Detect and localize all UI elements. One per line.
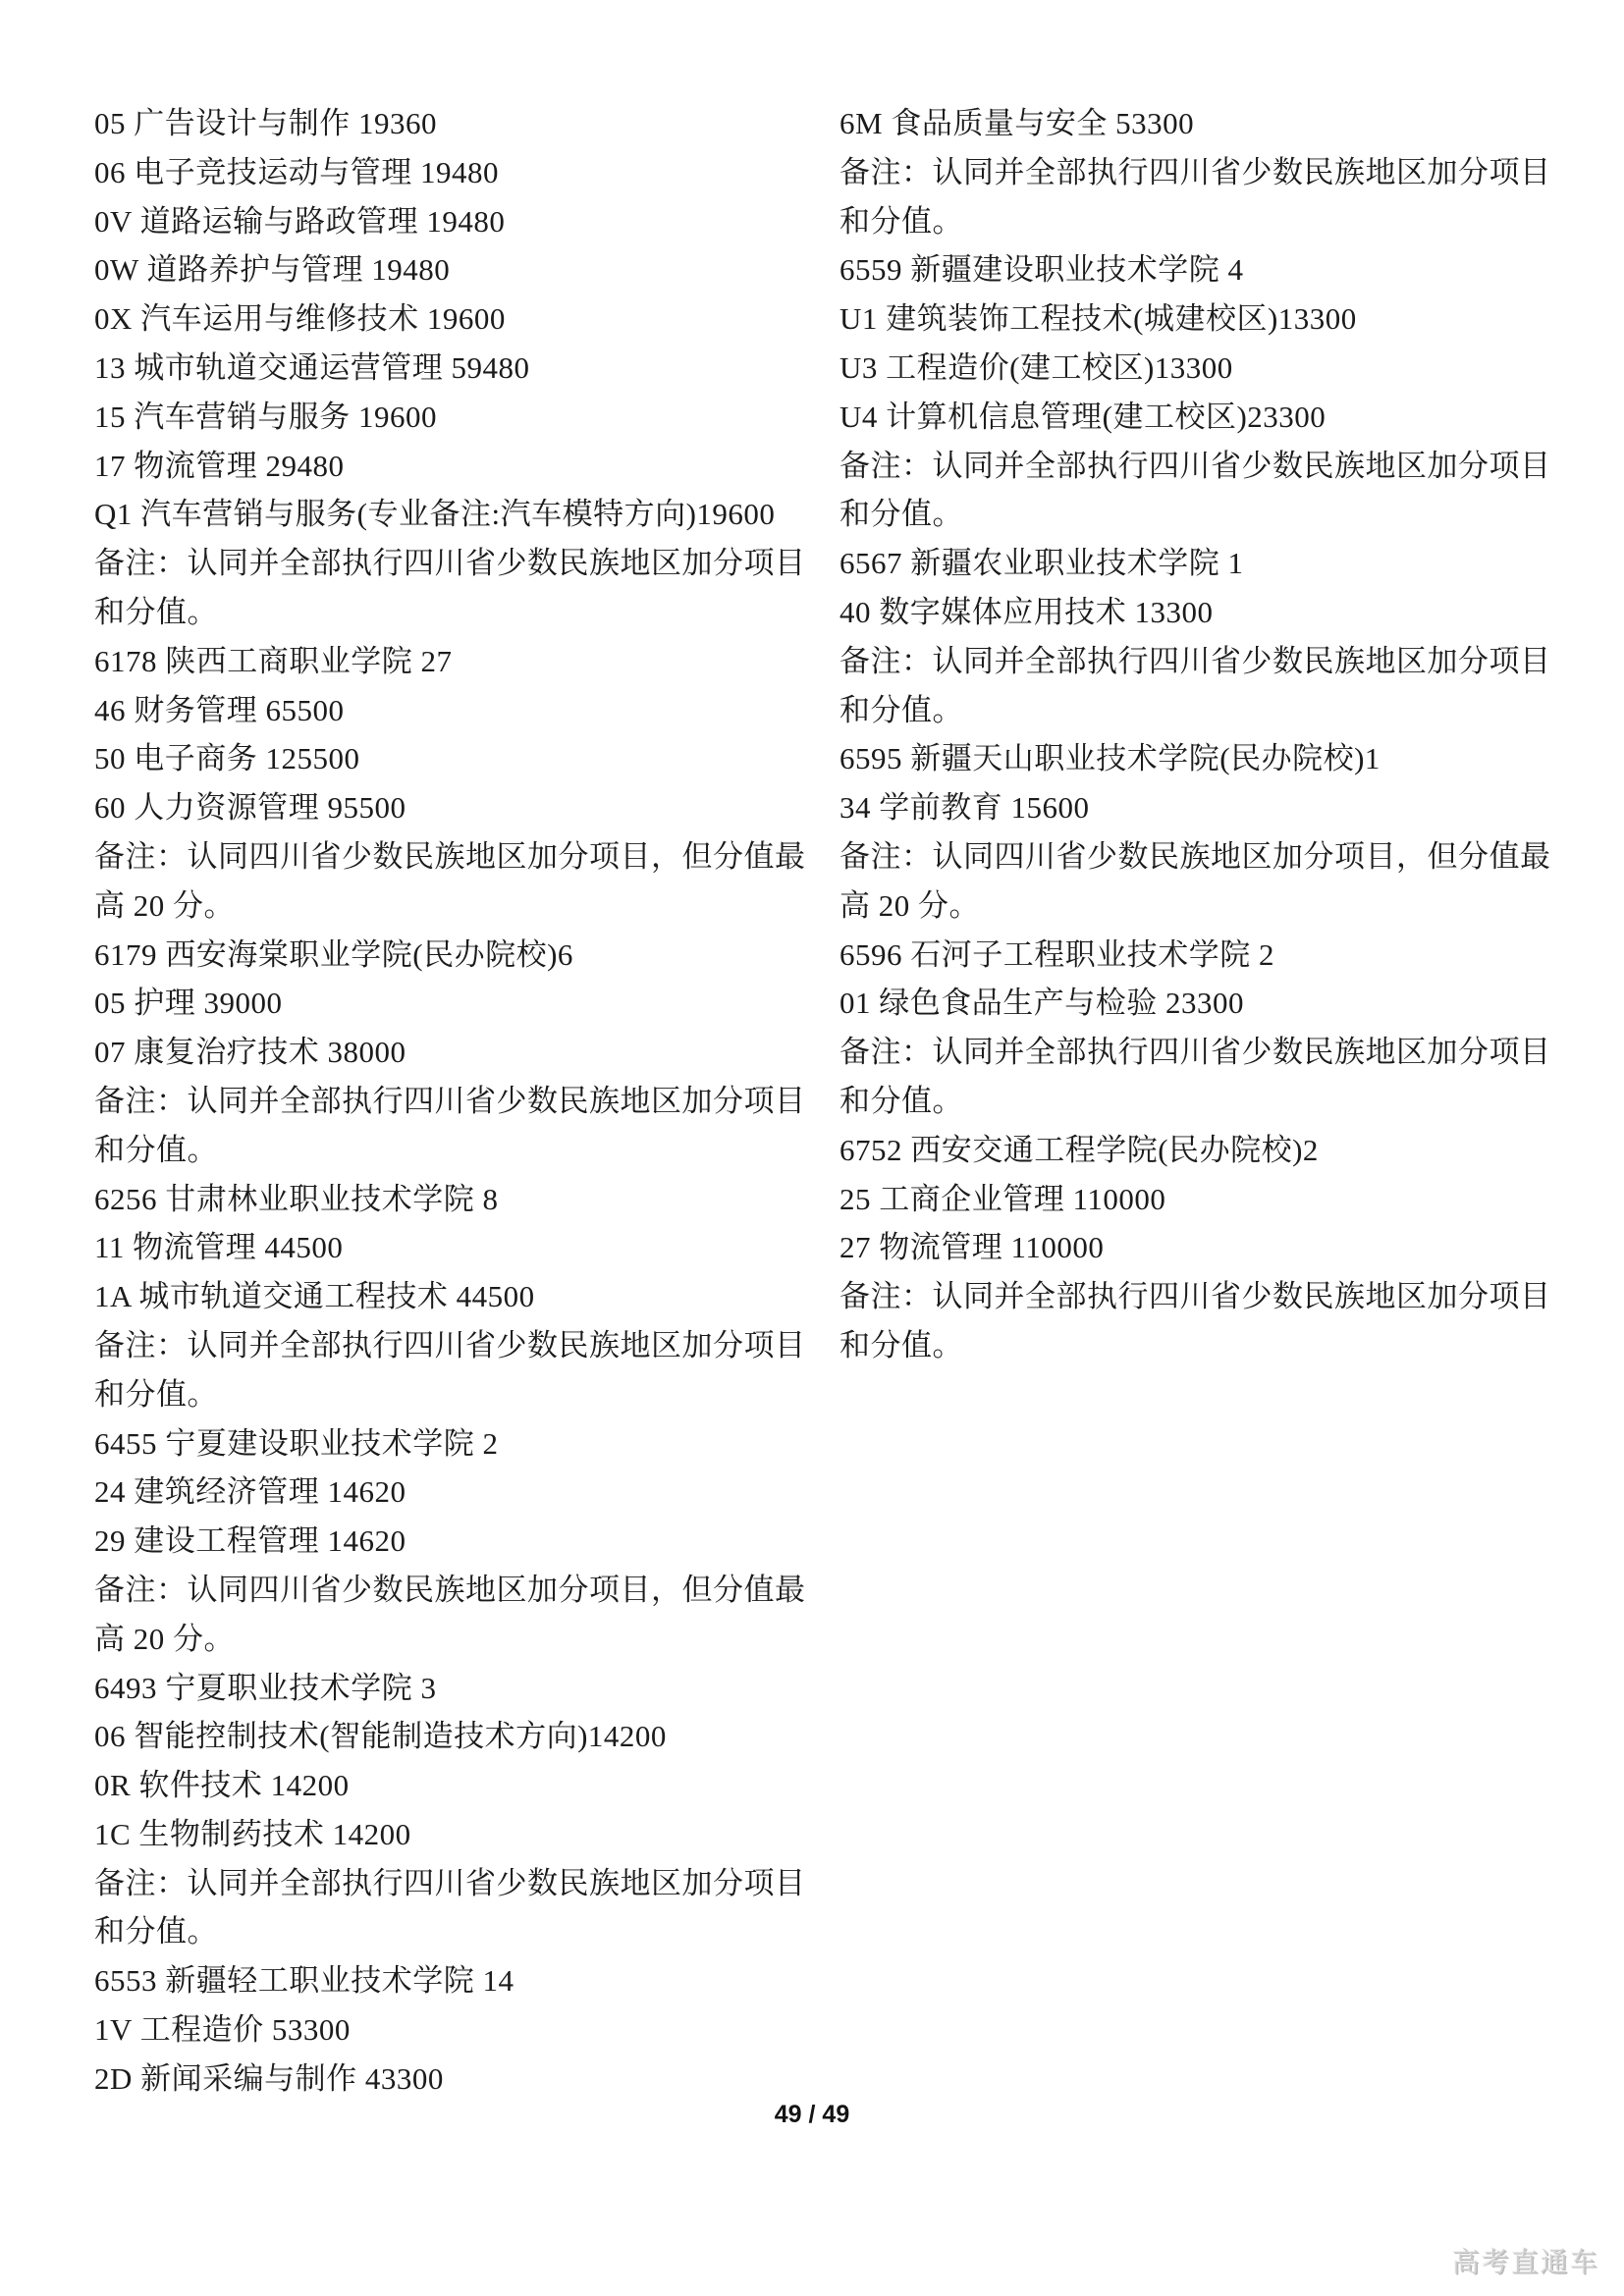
text-line: 和分值。 [94, 1370, 801, 1419]
text-line: 17 物流管理 29480 [94, 442, 801, 491]
right-column: 6M 食品质量与安全 53300备注：认同并全部执行四川省少数民族地区加分项目和… [839, 99, 1546, 1370]
text-line: 25 工商企业管理 110000 [839, 1175, 1546, 1224]
text-line: 6455 宁夏建设职业技术学院 2 [94, 1419, 801, 1468]
text-line: 备注：认同四川省少数民族地区加分项目，但分值最 [94, 1566, 801, 1615]
text-line: 和分值。 [839, 197, 1546, 246]
text-line: 6595 新疆天山职业技术学院(民办院校)1 [839, 734, 1546, 783]
text-line: 备注：认同并全部执行四川省少数民族地区加分项目 [839, 442, 1546, 491]
text-line: 备注：认同四川省少数民族地区加分项目，但分值最 [839, 832, 1546, 881]
text-line: 1C 生物制药技术 14200 [94, 1810, 801, 1859]
text-line: 备注：认同并全部执行四川省少数民族地区加分项目 [839, 1272, 1546, 1321]
text-line: 和分值。 [839, 490, 1546, 539]
text-line: 11 物流管理 44500 [94, 1223, 801, 1272]
text-line: 6179 西安海棠职业学院(民办院校)6 [94, 931, 801, 980]
text-line: 0V 道路运输与路政管理 19480 [94, 197, 801, 246]
watermark: 高考直通车 [1452, 2241, 1599, 2280]
text-line: 6559 新疆建设职业技术学院 4 [839, 245, 1546, 294]
text-line: 和分值。 [839, 686, 1546, 735]
text-line: 1A 城市轨道交通工程技术 44500 [94, 1272, 801, 1321]
text-line: 备注：认同四川省少数民族地区加分项目，但分值最 [94, 832, 801, 881]
text-line: 备注：认同并全部执行四川省少数民族地区加分项目 [94, 539, 801, 588]
text-line: 34 学前教育 15600 [839, 783, 1546, 832]
text-line: 2D 新闻采编与制作 43300 [94, 2055, 801, 2104]
text-line: 高 20 分。 [94, 1615, 801, 1664]
text-line: U1 建筑装饰工程技术(城建校区)13300 [839, 294, 1546, 344]
text-line: 备注：认同并全部执行四川省少数民族地区加分项目 [839, 148, 1546, 197]
text-line: 40 数字媒体应用技术 13300 [839, 588, 1546, 637]
text-line: 6553 新疆轻工职业技术学院 14 [94, 1956, 801, 2005]
text-line: 13 城市轨道交通运营管理 59480 [94, 344, 801, 393]
text-line: U3 工程造价(建工校区)13300 [839, 344, 1546, 393]
text-line: Q1 汽车营销与服务(专业备注:汽车模特方向)19600 [94, 490, 801, 539]
left-column: 05 广告设计与制作 1936006 电子竞技运动与管理 194800V 道路运… [94, 99, 801, 2104]
text-line: 备注：认同并全部执行四川省少数民族地区加分项目 [94, 1321, 801, 1370]
text-line: 0R 软件技术 14200 [94, 1761, 801, 1810]
text-line: 60 人力资源管理 95500 [94, 783, 801, 832]
text-line: 05 护理 39000 [94, 979, 801, 1028]
text-line: 24 建筑经济管理 14620 [94, 1468, 801, 1517]
text-line: 6M 食品质量与安全 53300 [839, 99, 1546, 148]
text-line: 06 电子竞技运动与管理 19480 [94, 148, 801, 197]
page-number: 49 / 49 [0, 2101, 1624, 2129]
text-line: 和分值。 [94, 1126, 801, 1175]
text-line: U4 计算机信息管理(建工校区)23300 [839, 393, 1546, 442]
text-line: 和分值。 [839, 1321, 1546, 1370]
text-line: 6178 陕西工商职业学院 27 [94, 637, 801, 686]
text-line: 备注：认同并全部执行四川省少数民族地区加分项目 [839, 1028, 1546, 1077]
document-page: 05 广告设计与制作 1936006 电子竞技运动与管理 194800V 道路运… [0, 0, 1624, 2296]
text-line: 6596 石河子工程职业技术学院 2 [839, 931, 1546, 980]
text-line: 06 智能控制技术(智能制造技术方向)14200 [94, 1712, 801, 1761]
text-line: 01 绿色食品生产与检验 23300 [839, 979, 1546, 1028]
text-line: 15 汽车营销与服务 19600 [94, 393, 801, 442]
text-line: 50 电子商务 125500 [94, 734, 801, 783]
text-line: 6493 宁夏职业技术学院 3 [94, 1664, 801, 1713]
text-line: 46 财务管理 65500 [94, 686, 801, 735]
text-line: 6256 甘肃林业职业技术学院 8 [94, 1175, 801, 1224]
text-line: 备注：认同并全部执行四川省少数民族地区加分项目 [94, 1859, 801, 1908]
text-line: 和分值。 [94, 1907, 801, 1956]
text-line: 和分值。 [94, 588, 801, 637]
text-line: 和分值。 [839, 1077, 1546, 1126]
text-line: 高 20 分。 [94, 881, 801, 931]
text-line: 0W 道路养护与管理 19480 [94, 245, 801, 294]
text-line: 6752 西安交通工程学院(民办院校)2 [839, 1126, 1546, 1175]
text-line: 高 20 分。 [839, 881, 1546, 931]
text-line: 29 建设工程管理 14620 [94, 1517, 801, 1566]
text-line: 0X 汽车运用与维修技术 19600 [94, 294, 801, 344]
text-line: 6567 新疆农业职业技术学院 1 [839, 539, 1546, 588]
text-line: 1V 工程造价 53300 [94, 2005, 801, 2055]
text-line: 27 物流管理 110000 [839, 1223, 1546, 1272]
text-line: 备注：认同并全部执行四川省少数民族地区加分项目 [94, 1077, 801, 1126]
text-line: 05 广告设计与制作 19360 [94, 99, 801, 148]
text-line: 备注：认同并全部执行四川省少数民族地区加分项目 [839, 637, 1546, 686]
text-line: 07 康复治疗技术 38000 [94, 1028, 801, 1077]
